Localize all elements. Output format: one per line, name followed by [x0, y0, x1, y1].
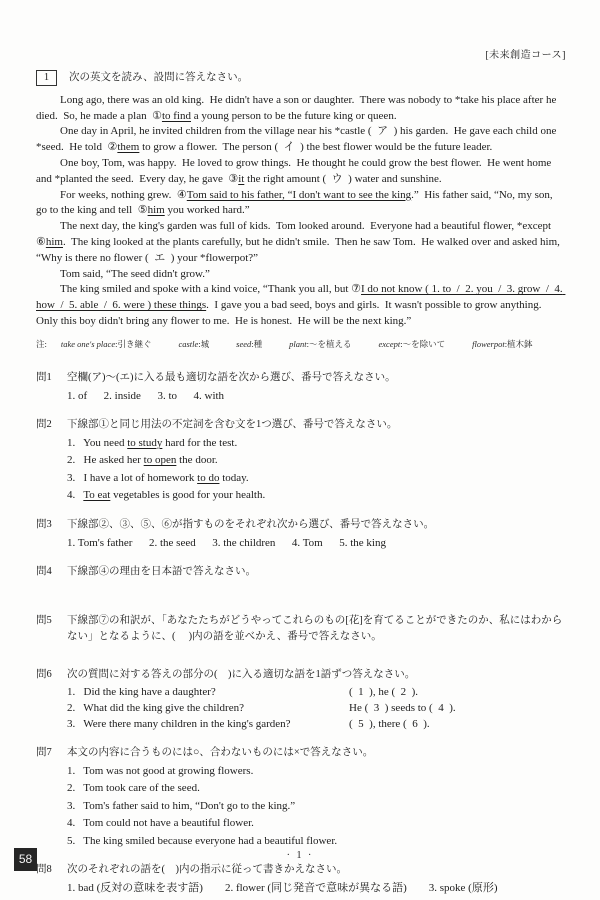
question-number: 問4 [36, 564, 67, 583]
question-number: 問8 [36, 862, 67, 896]
text-segment: them [117, 141, 139, 153]
question-options: 1. bad (反対の意味を表す語) 2. flower (同じ発音で意味が異な… [67, 881, 566, 897]
qa-question: 3. Were there many children in the king'… [67, 717, 349, 733]
note-definition: :種 [251, 339, 262, 349]
text-segment: 3. I have a lot of homework [67, 472, 197, 484]
note-term: except [379, 339, 401, 349]
qa-row: 2. What did the king give the children? … [67, 701, 566, 717]
text-segment: vegetables is good for your health. [110, 489, 265, 501]
question-option: 1. You need to study hard for the test. [67, 436, 566, 452]
text-segment: The king smiled and spoke with a kind vo… [60, 283, 361, 295]
qa-row: 1. Did the king have a daughter? ( 1 ), … [67, 685, 566, 701]
note-term: flowerpot [472, 339, 505, 349]
question-options: 1. Tom's father 2. the seed 3. the child… [67, 536, 566, 552]
notes-list: take one's place:引き継ぐcastle:城seed:種plant… [61, 339, 560, 349]
question-7: 問7 本文の内容に合うものには○、合わないものには×で答えなさい。 1. Tom… [36, 745, 566, 849]
text-segment: a young person to be the future king or … [191, 110, 397, 122]
text-segment: to find [162, 110, 191, 122]
question-6: 問6 次の質問に対する答えの部分の( )に入る適切な語を1語ずつ答えなさい。 1… [36, 667, 566, 733]
question-heading: 次のそれぞれの語を( )内の指示に従って書きかえなさい。 [67, 862, 566, 878]
text-segment: him [148, 204, 165, 216]
exam-page: [未来創造コース] 1 次の英文を読み、設問に答えなさい。 Long ago, … [0, 0, 600, 900]
question-4: 問4 下線部④の理由を日本語で答えなさい。 [36, 564, 566, 583]
question-3: 問3 下線部②、③、⑤、⑥が指すものをそれぞれ次から選び、番号で答えなさい。 1… [36, 517, 566, 551]
text-segment: 4. [67, 489, 83, 501]
text-segment: you worked hard.” [165, 204, 250, 216]
question-5: 問5 下線部⑦の和訳が、「あなたたちがどうやってこれらのもの[花]を育てることが… [36, 613, 566, 648]
statement-item: 3. Tom's father said to him, “Don't go t… [67, 799, 566, 815]
question-option: 2. He asked her to open the door. [67, 453, 566, 469]
question-heading: 下線部②、③、⑤、⑥が指すものをそれぞれ次から選び、番号で答えなさい。 [67, 517, 566, 533]
question-8: 問8 次のそれぞれの語を( )内の指示に従って書きかえなさい。 1. bad (… [36, 862, 566, 896]
note-term: plant [289, 339, 306, 349]
text-segment: . The king looked at the plants carefull… [36, 236, 563, 264]
question-number: 問2 [36, 417, 67, 504]
text-segment: 2. He asked her [67, 454, 144, 466]
question-number: 問1 [36, 370, 67, 404]
question-number: 問6 [36, 667, 67, 733]
qa-question: 2. What did the king give the children? [67, 701, 349, 717]
passage-paragraph: One day in April, he invited children fr… [36, 124, 566, 156]
note-item: castle:城 [178, 338, 209, 350]
text-segment: For weeks, nothing grew. ④ [60, 189, 187, 201]
question-number: 問5 [36, 613, 67, 648]
statement-item: 2. Tom took care of the seed. [67, 781, 566, 797]
text-segment: hard for the test. [162, 437, 237, 449]
qa-answer: ( 5 ), there ( 6 ). [349, 717, 430, 733]
question-heading: 下線部①と同じ用法の不定詞を含む文を1つ選び、番号で答えなさい。 [67, 417, 566, 433]
note-definition: :〜を除いて [400, 339, 445, 349]
statement-item: 4. Tom could not have a beautiful flower… [67, 816, 566, 832]
passage-paragraph: For weeks, nothing grew. ④Tom said to hi… [36, 188, 566, 220]
question-heading: 本文の内容に合うものには○、合わないものには×で答えなさい。 [67, 745, 566, 761]
vocabulary-notes: 注:take one's place:引き継ぐcastle:城seed:種pla… [36, 338, 566, 350]
text-segment: to open [144, 454, 177, 466]
text-segment: to do [197, 472, 219, 484]
section-instruction: 次の英文を読み、設問に答えなさい。 [69, 70, 248, 86]
note-definition: :〜を植える [307, 339, 352, 349]
text-segment: the right amount ( ウ ) water and sunshin… [244, 173, 441, 185]
text-segment: to grow a flower. The person ( イ ) the b… [139, 141, 492, 153]
note-term: castle [178, 339, 198, 349]
note-definition: :城 [198, 339, 209, 349]
note-item: seed:種 [236, 338, 262, 350]
question-2: 問2 下線部①と同じ用法の不定詞を含む文を1つ選び、番号で答えなさい。 1. Y… [36, 417, 566, 504]
passage-paragraph: Tom said, “The seed didn't grow.” [36, 267, 566, 283]
question-number: 問3 [36, 517, 67, 551]
section-number-box: 1 [36, 70, 57, 86]
question-heading: 次の質問に対する答えの部分の( )に入る適切な語を1語ずつ答えなさい。 [67, 667, 566, 683]
text-segment: To eat [83, 489, 110, 501]
passage-paragraph: The king smiled and spoke with a kind vo… [36, 282, 566, 329]
statement-item: 1. Tom was not good at growing flowers. [67, 764, 566, 780]
reading-passage: Long ago, there was an old king. He didn… [36, 93, 566, 330]
passage-paragraph: One boy, Tom, was happy. He loved to gro… [36, 156, 566, 188]
text-segment: him [46, 236, 63, 248]
text-segment: Tom said to his father, “I don't want to… [187, 189, 411, 201]
question-heading: 空欄(ア)〜(エ)に入る最も適切な語を次から選び、番号で答えなさい。 [67, 370, 566, 386]
qa-answer: He ( 3 ) seeds to ( 4 ). [349, 701, 456, 717]
question-option: 4. To eat vegetables is good for your he… [67, 488, 566, 504]
text-segment: the door. [176, 454, 217, 466]
question-option: 3. I have a lot of homework to do today. [67, 471, 566, 487]
question-1: 問1 空欄(ア)〜(エ)に入る最も適切な語を次から選び、番号で答えなさい。 1.… [36, 370, 566, 404]
passage-paragraph: The next day, the king's garden was full… [36, 219, 566, 266]
section-header: 1 次の英文を読み、設問に答えなさい。 [36, 70, 566, 86]
qa-question: 1. Did the king have a daughter? [67, 685, 349, 701]
text-segment: Tom said, “The seed didn't grow.” [60, 268, 210, 280]
note-item: flowerpot:植木鉢 [472, 338, 532, 350]
note-item: take one's place:引き継ぐ [61, 338, 152, 350]
course-label: [未来創造コース] [36, 48, 566, 64]
passage-paragraph: Long ago, there was an old king. He didn… [36, 93, 566, 125]
question-heading: 下線部⑦の和訳が、「あなたたちがどうやってこれらのもの[花]を育てることができた… [67, 613, 566, 645]
question-options: 1. of 2. inside 3. to 4. with [67, 389, 566, 405]
qa-answer: ( 1 ), he ( 2 ). [349, 685, 418, 701]
notes-label: 注: [36, 339, 47, 349]
note-item: plant:〜を植える [289, 338, 351, 350]
text-segment: 1. You need [67, 437, 127, 449]
note-definition: :植木鉢 [505, 339, 533, 349]
note-item: except:〜を除いて [379, 338, 446, 350]
question-heading: 下線部④の理由を日本語で答えなさい。 [67, 564, 566, 580]
note-term: seed [236, 339, 251, 349]
text-segment: to study [127, 437, 162, 449]
text-segment: today. [219, 472, 248, 484]
note-definition: :引き継ぐ [115, 339, 151, 349]
statement-item: 5. The king smiled because everyone had … [67, 834, 566, 850]
note-term: take one's place [61, 339, 115, 349]
qa-row: 3. Were there many children in the king'… [67, 717, 566, 733]
page-number: · 1 · [0, 848, 600, 864]
question-number: 問7 [36, 745, 67, 849]
